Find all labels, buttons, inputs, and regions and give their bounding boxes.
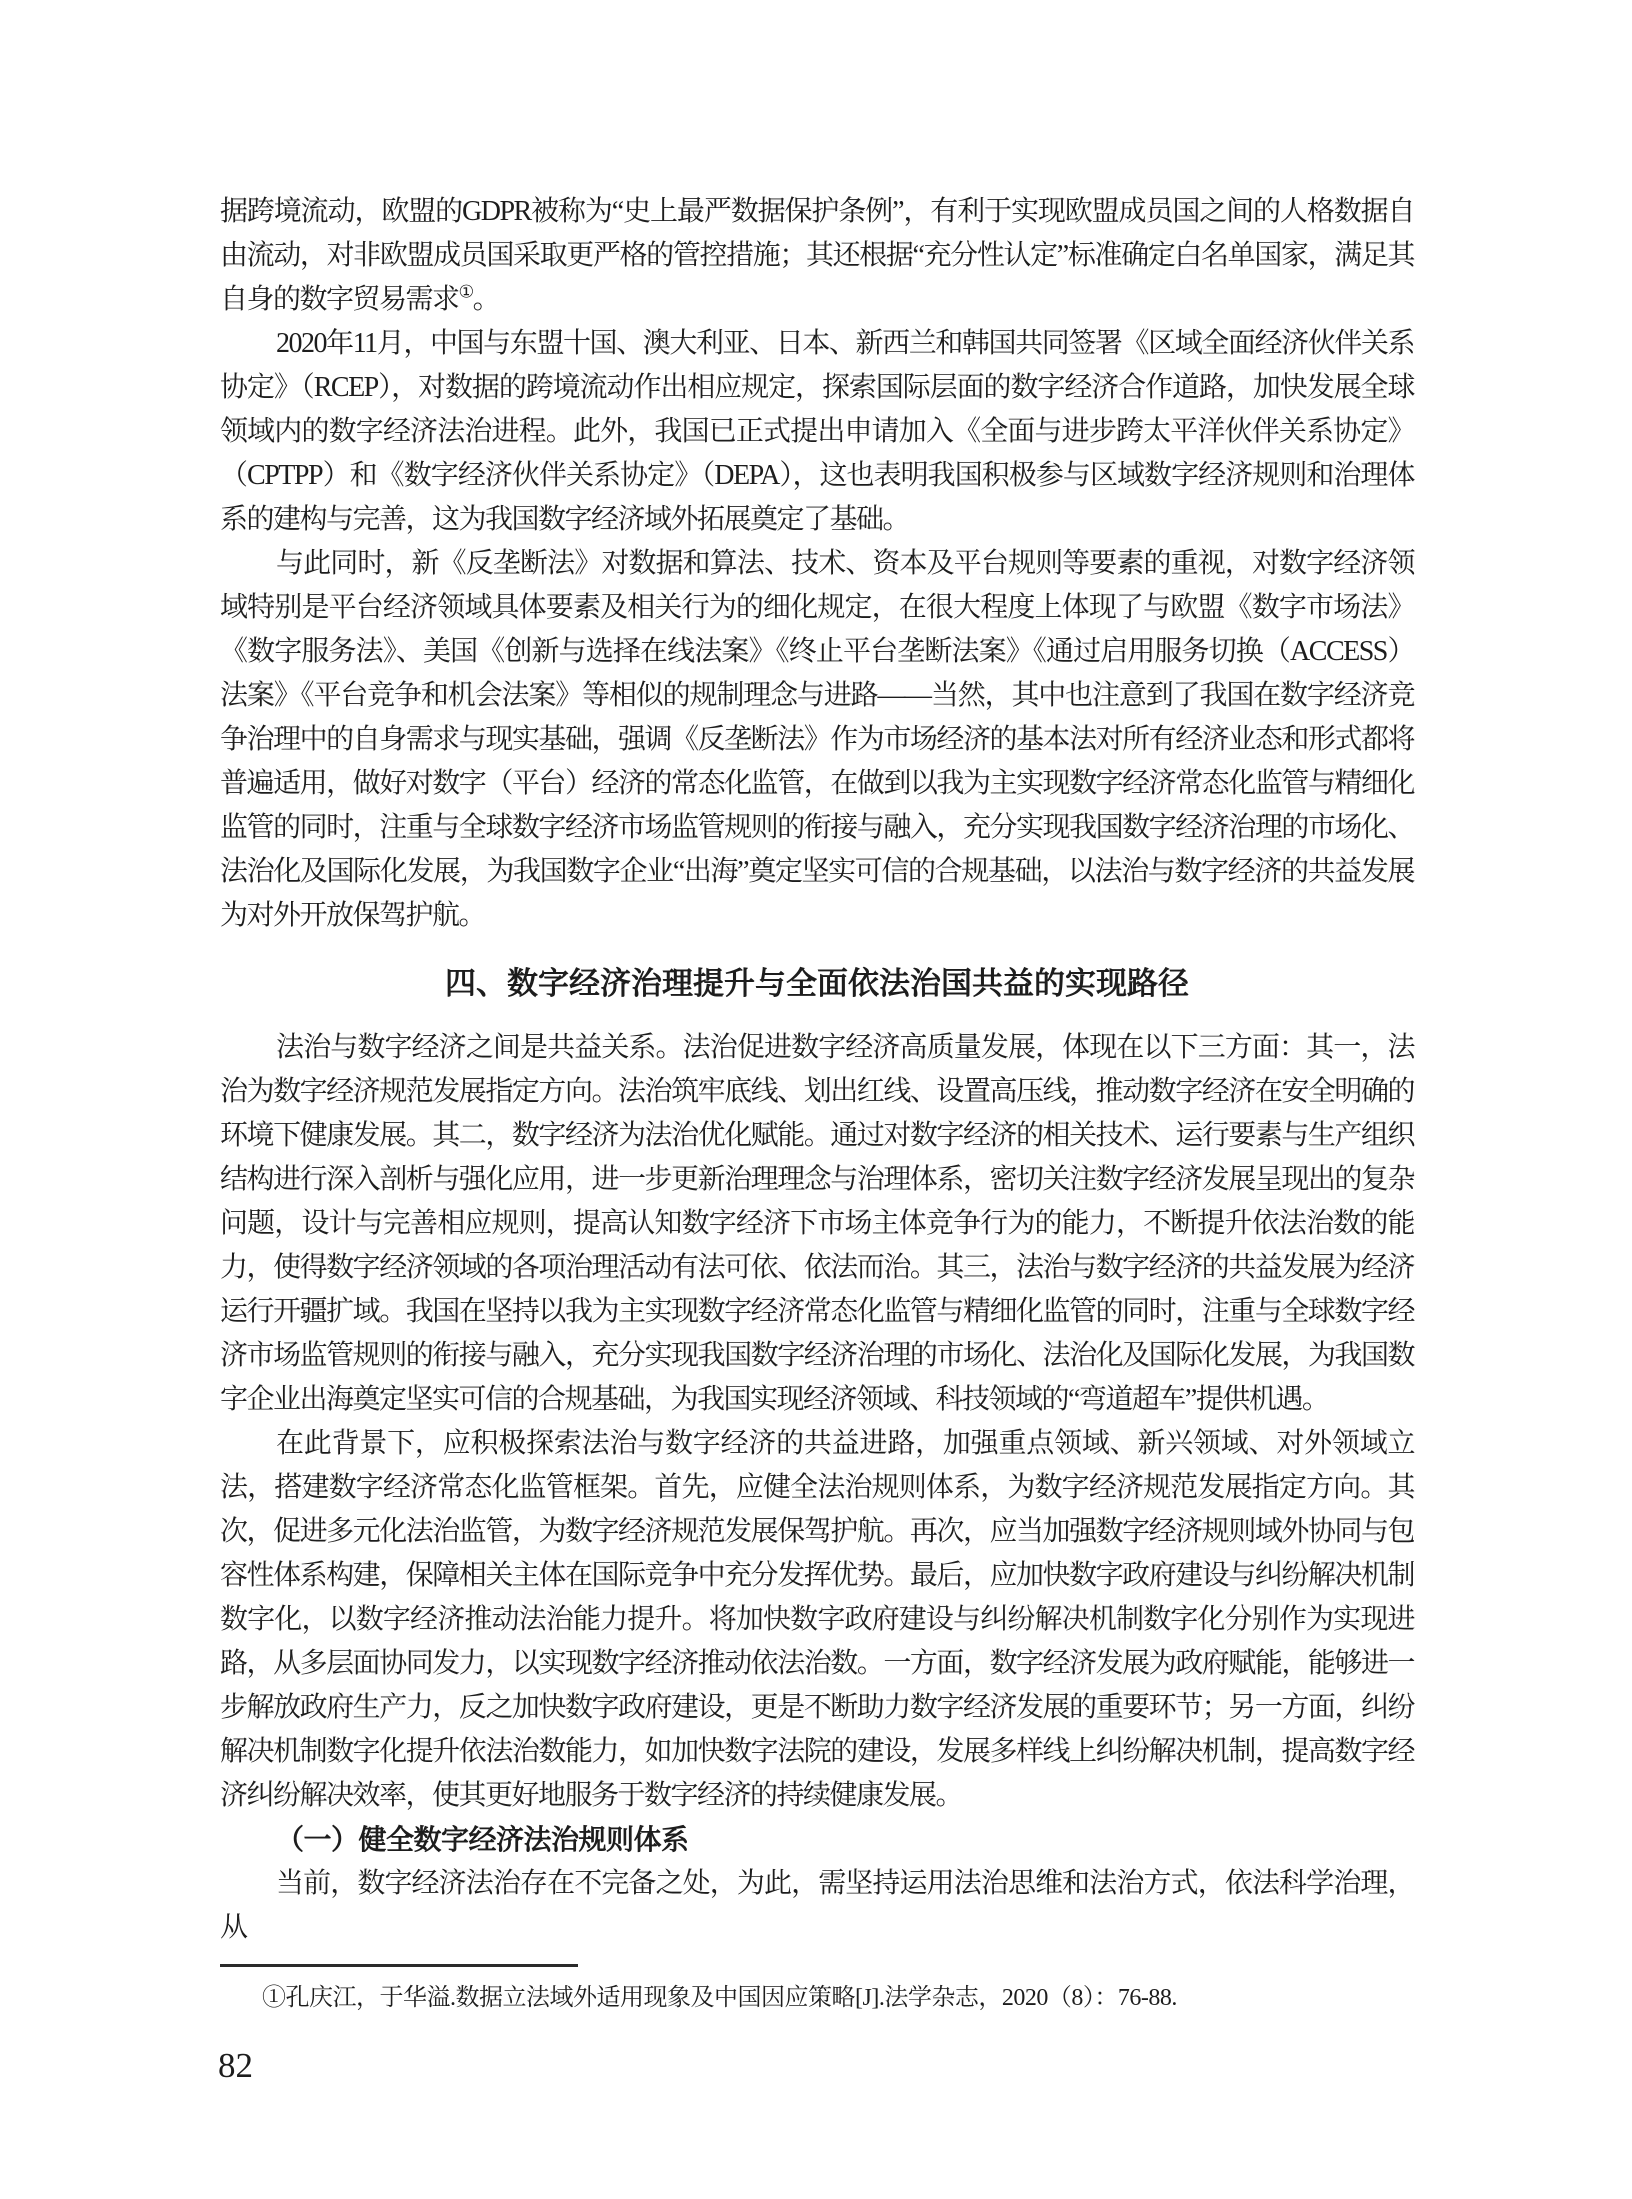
- footnote-reference-marker: ①: [459, 283, 473, 302]
- footnote-text: ①孔庆江，于华溢.数据立法域外适用现象及中国因应策略[J].法学杂志，2020（…: [220, 1980, 1414, 2016]
- body-paragraph-pathways: 在此背景下，应积极探索法治与数字经济的共益进路，加强重点领域、新兴领域、对外领域…: [220, 1422, 1414, 1818]
- page-number: 82: [218, 2046, 253, 2086]
- body-paragraph-continuation: 据跨境流动，欧盟的GDPR被称为“史上最严数据保护条例”，有利于实现欧盟成员国之…: [220, 190, 1414, 322]
- paragraph-text: 据跨境流动，欧盟的GDPR被称为“史上最严数据保护条例”，有利于实现欧盟成员国之…: [220, 196, 1414, 315]
- footnote-divider-rule: [220, 1964, 578, 1967]
- body-paragraph-rcep: 2020年11月，中国与东盟十国、澳大利亚、日本、新西兰和韩国共同签署《区域全面…: [220, 322, 1414, 542]
- document-page: 据跨境流动，欧盟的GDPR被称为“史上最严数据保护条例”，有利于实现欧盟成员国之…: [0, 0, 1632, 2199]
- section-heading: 四、数字经济治理提升与全面依法治国共益的实现路径: [220, 960, 1414, 1008]
- paragraph-text-tail: 。: [473, 284, 500, 315]
- subsection-heading: （一）健全数字经济法治规则体系: [220, 1818, 1414, 1862]
- body-paragraph-antimonopoly: 与此同时，新《反垄断法》对数据和算法、技术、资本及平台规则等要素的重视，对数字经…: [220, 542, 1414, 938]
- article-body: 据跨境流动，欧盟的GDPR被称为“史上最严数据保护条例”，有利于实现欧盟成员国之…: [220, 190, 1414, 1950]
- body-paragraph-current: 当前，数字经济法治存在不完备之处，为此，需坚持运用法治思维和法治方式，依法科学治…: [220, 1862, 1414, 1950]
- body-paragraph-mutual-benefit: 法治与数字经济之间是共益关系。法治促进数字经济高质量发展，体现在以下三方面：其一…: [220, 1026, 1414, 1422]
